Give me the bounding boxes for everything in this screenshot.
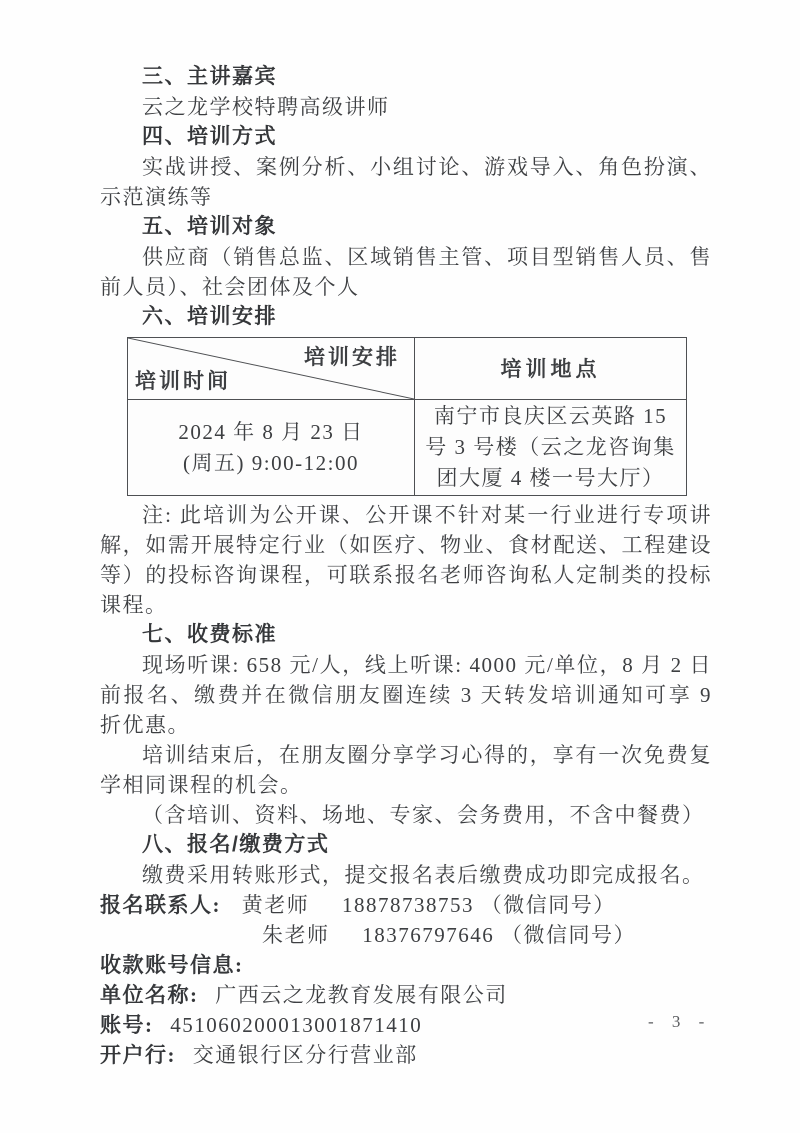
table-header-location: 培训地点 — [415, 338, 686, 400]
table-cell-location: 南宁市良庆区云英路 15 号 3 号楼（云之龙咨询集团大厦 4 楼一号大厅） — [415, 400, 686, 495]
fee-paragraph-1: 现场听课: 658 元/人，线上听课: 4000 元/单位，8 月 2 日前报名… — [100, 650, 712, 740]
section-7-heading: 七、收费标准 — [100, 620, 712, 650]
section-5-heading: 五、培训对象 — [100, 212, 712, 242]
section-4-heading: 四、培训方式 — [100, 122, 712, 152]
contact-1-suffix: （微信同号） — [481, 893, 616, 917]
account-company-label: 单位名称: — [100, 983, 199, 1007]
section-4-body: 实战讲授、案例分析、小组讨论、游戏导入、角色扮演、示范演练等 — [100, 152, 712, 212]
contact-2-suffix: （微信同号） — [501, 923, 636, 947]
document-page: 三、主讲嘉宾 云之龙学校特聘高级讲师 四、培训方式 实战讲授、案例分析、小组讨论… — [0, 0, 800, 1133]
contact-2-phone: 18376797646 — [362, 923, 494, 947]
account-number-label: 账号: — [100, 1013, 154, 1037]
account-number-row: 账号: 451060200013001871410 — [100, 1010, 712, 1040]
corner-label-schedule: 培训安排 — [304, 342, 400, 372]
table-corner-header-cell: 培训安排 培训时间 — [128, 338, 415, 400]
payment-method-paragraph: 缴费采用转账形式，提交报名表后缴费成功即完成报名。 — [100, 860, 712, 890]
section-6-heading: 六、培训安排 — [100, 302, 712, 332]
contact-row-2: 朱老师 18376797646 （微信同号） — [100, 920, 712, 950]
section-5-body: 供应商（销售总监、区域销售主管、项目型销售人员、售前人员）、社会团体及个人 — [100, 242, 712, 302]
account-info-heading: 收款账号信息: — [100, 950, 712, 980]
contact-1-phone: 18878738753 — [342, 893, 474, 917]
contact-row-1: 报名联系人: 黄老师 18878738753 （微信同号） — [100, 890, 712, 920]
section-8-heading: 八、报名/缴费方式 — [100, 830, 712, 860]
training-hours: (周五) 9:00-12:00 — [183, 448, 359, 479]
fee-paragraph-3: （含培训、资料、场地、专家、会务费用，不含中餐费） — [100, 800, 712, 830]
section-3-heading: 三、主讲嘉宾 — [100, 62, 712, 92]
corner-label-time: 培训时间 — [135, 366, 231, 396]
account-number-value: 451060200013001871410 — [170, 1013, 422, 1037]
account-bank-label: 开户行: — [100, 1043, 176, 1067]
contact-label: 报名联系人: — [100, 893, 221, 917]
contact-1-name: 黄老师 — [242, 893, 310, 917]
account-bank-value: 交通银行区分行营业部 — [193, 1043, 418, 1067]
account-company-value: 广西云之龙教育发展有限公司 — [215, 983, 508, 1007]
training-schedule-table: 培训安排 培训时间 培训地点 2024 年 8 月 23 日 (周五) 9:00… — [127, 337, 687, 496]
fee-paragraph-2: 培训结束后，在朋友圈分享学习心得的，享有一次免费复学相同课程的机会。 — [100, 740, 712, 800]
schedule-note: 注: 此培训为公开课、公开课不针对某一行业进行专项讲解，如需开展特定行业（如医疗… — [100, 500, 712, 620]
training-date: 2024 年 8 月 23 日 — [178, 417, 363, 448]
contact-2-name: 朱老师 — [262, 923, 330, 947]
document-content: 三、主讲嘉宾 云之龙学校特聘高级讲师 四、培训方式 实战讲授、案例分析、小组讨论… — [100, 62, 712, 1070]
page-number: - 3 - — [648, 1012, 711, 1032]
account-bank-row: 开户行: 交通银行区分行营业部 — [100, 1040, 712, 1070]
section-3-body: 云之龙学校特聘高级讲师 — [100, 92, 712, 122]
account-company-row: 单位名称: 广西云之龙教育发展有限公司 — [100, 980, 712, 1010]
table-cell-time: 2024 年 8 月 23 日 (周五) 9:00-12:00 — [128, 400, 415, 495]
